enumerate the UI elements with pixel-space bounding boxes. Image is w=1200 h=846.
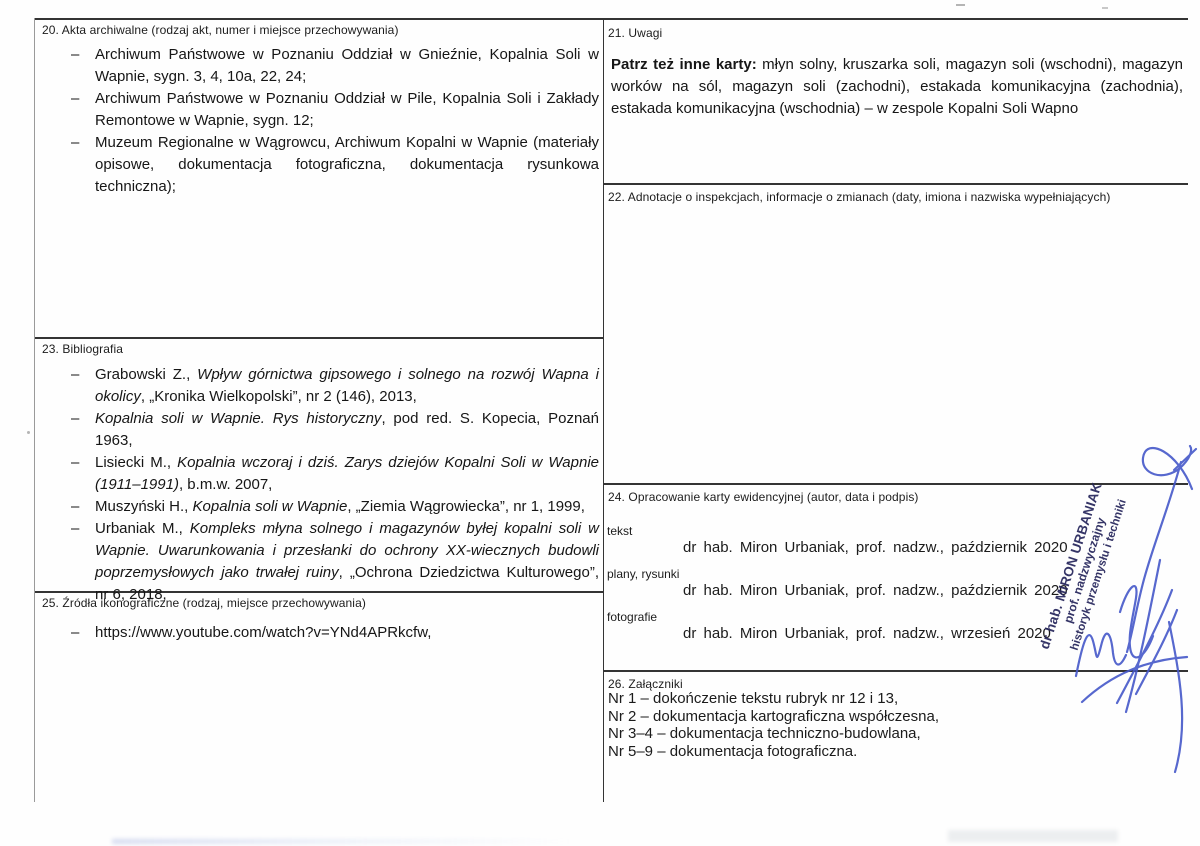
remarks-lead: Patrz też inne karty: [611,56,757,73]
dash-bullet: – [71,408,79,430]
section22-top-line [603,183,1188,185]
bib-author: Urbaniak M., [95,520,190,537]
attachments-list: Nr 1 – dokończenie tekstu rubryk nr 12 i… [608,690,1183,760]
bibliography-entry: – Grabowski Z., Wpływ górnictwa gipsoweg… [35,364,603,408]
source-entry: – https://www.youtube.com/watch?v=YNd4AP… [35,622,603,644]
attachment-line: Nr 5–9 – dokumentacja fotograficzna. [608,743,1183,761]
scan-speck [956,4,965,6]
scan-speck [27,431,30,434]
scan-smudge [948,830,1118,842]
bibliography-entry: – Kopalnia soli w Wapnie. Rys historyczn… [35,408,603,452]
dash-bullet: – [71,622,79,644]
section-26-title: 26. Załączniki [608,677,683,691]
bibliography-entry: – Lisiecki M., Kopalnia wczoraj i dziś. … [35,452,603,496]
archival-entry-text: Archiwum Państwowe w Poznaniu Oddział w … [95,46,599,85]
s24-author-tekst: dr hab. Miron Urbaniak, prof. nadzw., pa… [683,538,1068,558]
bib-author: Lisiecki M., [95,454,177,471]
archival-entry-text: Muzeum Regionalne w Wągrowcu, Archiwum K… [95,134,599,195]
archival-entry: – Archiwum Państwowe w Poznaniu Oddział … [35,44,603,88]
bib-title: Kopalnia soli w Wapnie [193,498,348,515]
archival-entry-text: Archiwum Państwowe w Poznaniu Oddział w … [95,90,599,129]
dash-bullet: – [71,132,79,154]
dash-bullet: – [71,88,79,110]
bib-author: Muszyński H., [95,498,193,515]
name-stamp: dr hab. MIRON URBANIAK prof. nadzwyczajn… [1030,459,1141,682]
bibliography-list: – Grabowski Z., Wpływ górnictwa gipsoweg… [35,364,603,606]
bib-source: , „Kronika Wielkopolski”, nr 2 (146), 20… [141,388,417,405]
dash-bullet: – [71,452,79,474]
attachment-line: Nr 1 – dokończenie tekstu rubryk nr 12 i… [608,690,1183,708]
dash-bullet: – [71,496,79,518]
column-divider-line [603,18,604,802]
bib-author: Grabowski Z., [95,366,197,383]
section-20-list: – Archiwum Państwowe w Poznaniu Oddział … [35,44,603,198]
attachment-line: Nr 3–4 – dokumentacja techniczno-budowla… [608,725,1183,743]
section26-top-line [603,670,1188,672]
section-24-title: 24. Opracowanie karty ewidencyjnej (auto… [608,490,919,504]
s24-label-tekst: tekst [607,524,632,538]
dash-bullet: – [71,518,79,540]
section-20-title: 20. Akta archiwalne (rodzaj akt, numer i… [42,23,399,37]
s24-author-fotografie: dr hab. Miron Urbaniak, prof. nadzw., wr… [683,624,1051,644]
section23-top-line [35,337,604,339]
source-url-text: https://www.youtube.com/watch?v=YNd4APRk… [95,624,431,641]
remarks-paragraph: Patrz też inne karty: młyn solny, krusza… [611,54,1183,120]
section-25-title: 25. Źródła ikonograficzne (rodzaj, miejs… [42,596,366,610]
bib-source: , „Ziemia Wągrowiecka”, nr 1, 1999, [347,498,585,515]
bibliography-entry: – Urbaniak M., Kompleks młyna solnego i … [35,518,603,606]
record-card-page: 20. Akta archiwalne (rodzaj akt, numer i… [0,0,1200,846]
dash-bullet: – [71,44,79,66]
section-21-title: 21. Uwagi [608,26,662,40]
s24-author-plany: dr hab. Miron Urbaniak, prof. nadzw., pa… [683,581,1068,601]
top-border-line [35,18,1188,20]
section-22-title: 22. Adnotacje o inspekcjach, informacje … [608,190,1110,204]
archival-entry: – Archiwum Państwowe w Poznaniu Oddział … [35,88,603,132]
scan-speck [1102,7,1108,9]
bib-title: Kopalnia soli w Wapnie. Rys historyczny [95,410,381,427]
bibliography-entry: – Muszyński H., Kopalnia soli w Wapnie, … [35,496,603,518]
archival-entry: – Muzeum Regionalne w Wągrowcu, Archiwum… [35,132,603,198]
dash-bullet: – [71,364,79,386]
bib-source: , b.m.w. 2007, [179,476,272,493]
attachment-line: Nr 2 – dokumentacja kartograficzna współ… [608,708,1183,726]
s24-label-fotografie: fotografie [607,610,657,624]
iconographic-sources-list: – https://www.youtube.com/watch?v=YNd4AP… [35,622,603,644]
section-23-title: 23. Bibliografia [42,342,123,356]
scan-smudge [112,839,572,844]
s24-label-plany: plany, rysunki [607,567,679,581]
